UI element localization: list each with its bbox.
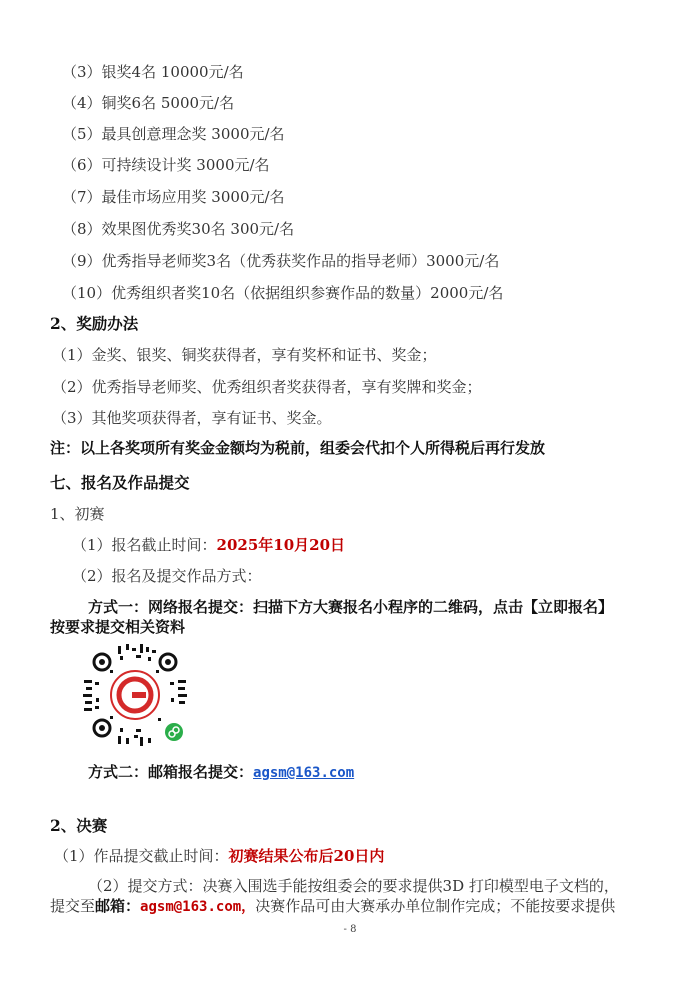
final-deadline-value: 初赛结果公布后20日内	[229, 847, 385, 865]
final-deadline: （1）作品提交截止时间：初赛结果公布后20日内	[54, 846, 384, 866]
registration-deadline-value: 2025年10月20日	[217, 536, 346, 554]
tax-note: 注：以上各奖项所有奖金金额均为税前，组委会代扣个人所得税后再行发放	[50, 438, 545, 458]
award-item-market: （7）最佳市场应用奖 3000元/名	[62, 187, 285, 207]
award-item-silver: （3）银奖4名 10000元/名	[62, 62, 244, 82]
award-item-creative: （5）最具创意理念奖 3000元/名	[62, 124, 285, 144]
final-email: agsm@163.com，	[140, 899, 255, 915]
page-number: - 8	[0, 924, 700, 935]
registration-deadline-label: （1）报名截止时间：	[72, 536, 217, 554]
registration-deadline: （1）报名截止时间：2025年10月20日	[72, 535, 345, 555]
reward-method-item: （2）优秀指导老师奖、优秀组织者奖获得者，享有奖牌和奖金；	[52, 377, 482, 397]
method-one-text: 方式一：网络报名提交：扫描下方大赛报名小程序的二维码，点击【立即报名】	[88, 597, 613, 617]
email-label: 邮箱：	[95, 897, 140, 915]
method-two-label: 方式二：邮箱报名提交：	[88, 763, 253, 781]
reward-method-item: （1）金奖、银奖、铜奖获得者，享有奖杯和证书、奖金；	[52, 345, 437, 365]
award-item-bronze: （4）铜奖6名 5000元/名	[62, 93, 234, 113]
award-item-instructor: （9）优秀指导老师奖3名（优秀获奖作品的指导老师）3000元/名	[62, 251, 499, 271]
registration-email-link[interactable]: agsm@163.com	[253, 765, 354, 781]
award-item-sustainable: （6）可持续设计奖 3000元/名	[62, 155, 270, 175]
reward-method-heading: 2、奖励办法	[50, 314, 138, 334]
award-item-organizer: （10）优秀组织者奖10名（依据组织参赛作品的数量）2000元/名	[62, 283, 503, 303]
mini-program-qr-code-icon[interactable]	[80, 640, 190, 750]
final-heading: 2、决赛	[50, 816, 107, 836]
final-submission-method: （2）提交方式：决赛入围选手能按组委会的要求提供3D 打印模型电子文档的，	[88, 876, 619, 896]
final-submission-method-cont: 提交至邮箱：agsm@163.com，决赛作品可由大赛承办单位制作完成；不能按要…	[50, 896, 615, 917]
section-heading: 七、报名及作品提交	[50, 473, 190, 493]
reward-method-item: （3）其他奖项获得者，享有证书、奖金。	[52, 408, 332, 428]
final-submission-suffix: 决赛作品可由大赛承办单位制作完成；不能按要求提供	[255, 897, 615, 915]
award-item-rendering: （8）效果图优秀奖30名 300元/名	[62, 219, 294, 239]
final-deadline-label: （1）作品提交截止时间：	[54, 847, 229, 865]
method-two: 方式二：邮箱报名提交：agsm@163.com	[88, 762, 354, 783]
method-one-text-cont: 按要求提交相关资料	[50, 617, 185, 637]
submission-method-label: （2）报名及提交作品方式：	[72, 566, 262, 586]
preliminary-heading: 1、初赛	[50, 504, 105, 524]
submit-to-text: 提交至	[50, 897, 95, 915]
